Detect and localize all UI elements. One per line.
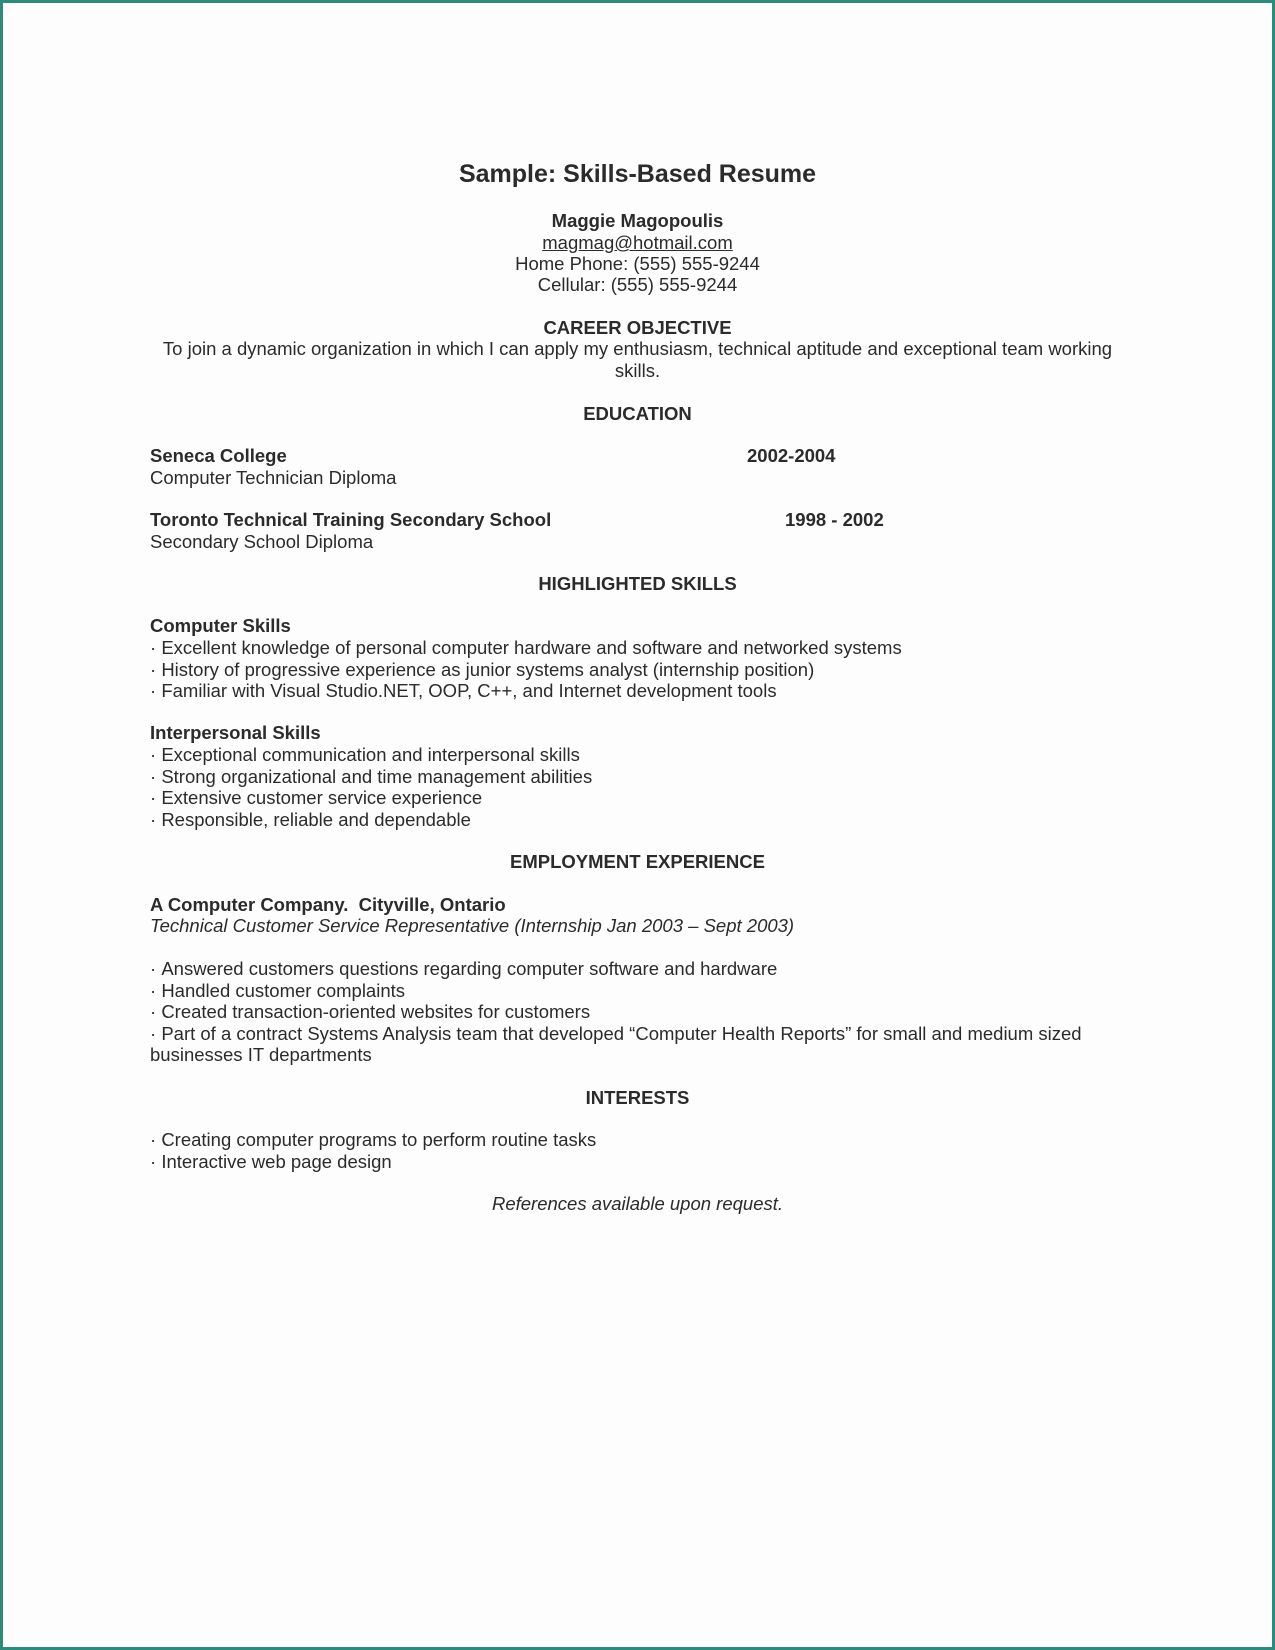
career-objective-heading: CAREER OBJECTIVE bbox=[0, 317, 1275, 339]
highlighted-skills-heading: HIGHLIGHTED SKILLS bbox=[0, 573, 1275, 595]
document-title: Sample: Skills-Based Resume bbox=[0, 160, 1275, 189]
references-note: References available upon request. bbox=[0, 1193, 1275, 1215]
education-credential: Computer Technician Diploma bbox=[150, 467, 396, 489]
job-role: Technical Customer Service Representativ… bbox=[150, 915, 794, 937]
skill-group-title: Computer Skills bbox=[150, 615, 291, 637]
interpersonal-skills-list: Exceptional communication and interperso… bbox=[150, 744, 592, 830]
cellular-phone: Cellular: (555) 555-9244 bbox=[0, 274, 1275, 296]
education-dates: 1998 - 2002 bbox=[785, 509, 884, 531]
employer-name: A Computer Company. Cityville, Ontario bbox=[150, 894, 506, 916]
home-phone: Home Phone: (555) 555-9244 bbox=[0, 253, 1275, 275]
list-item: Part of a contract Systems Analysis team… bbox=[150, 1023, 1110, 1066]
education-school: Toronto Technical Training Secondary Sch… bbox=[150, 509, 551, 531]
list-item: Familiar with Visual Studio.NET, OOP, C+… bbox=[150, 680, 902, 702]
email-link[interactable]: magmag@hotmail.com bbox=[542, 232, 732, 253]
interests-heading: INTERESTS bbox=[0, 1087, 1275, 1109]
list-item: Answered customers questions regarding c… bbox=[150, 958, 1110, 980]
list-item: Interactive web page design bbox=[150, 1151, 596, 1173]
computer-skills-list: Excellent knowledge of personal computer… bbox=[150, 637, 902, 702]
career-objective-text: To join a dynamic organization in which … bbox=[150, 338, 1125, 382]
resume-page: Sample: Skills-Based Resume Maggie Magop… bbox=[0, 0, 1275, 1650]
education-credential: Secondary School Diploma bbox=[150, 531, 373, 553]
list-item: Excellent knowledge of personal computer… bbox=[150, 637, 902, 659]
education-dates: 2002-2004 bbox=[747, 445, 835, 467]
list-item: History of progressive experience as jun… bbox=[150, 659, 902, 681]
employment-heading: EMPLOYMENT EXPERIENCE bbox=[0, 851, 1275, 873]
list-item: Strong organizational and time managemen… bbox=[150, 766, 592, 788]
education-heading: EDUCATION bbox=[0, 403, 1275, 425]
applicant-name: Maggie Magopoulis bbox=[0, 210, 1275, 232]
list-item: Created transaction-oriented websites fo… bbox=[150, 1001, 1110, 1023]
education-school: Seneca College bbox=[150, 445, 287, 467]
list-item: Extensive customer service experience bbox=[150, 787, 592, 809]
interests-list: Creating computer programs to perform ro… bbox=[150, 1129, 596, 1172]
list-item: Responsible, reliable and dependable bbox=[150, 809, 592, 831]
list-item: Creating computer programs to perform ro… bbox=[150, 1129, 596, 1151]
email-line: magmag@hotmail.com bbox=[0, 232, 1275, 254]
list-item: Exceptional communication and interperso… bbox=[150, 744, 592, 766]
skill-group-title: Interpersonal Skills bbox=[150, 722, 321, 744]
list-item: Handled customer complaints bbox=[150, 980, 1110, 1002]
employment-duties-list: Answered customers questions regarding c… bbox=[150, 958, 1110, 1066]
